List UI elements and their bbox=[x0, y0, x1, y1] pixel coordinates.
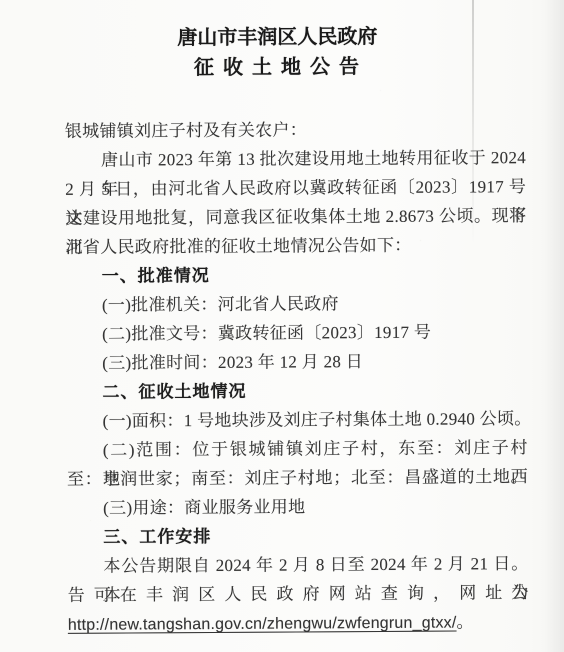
title-subject-line: 征 收 土 地 公 告 bbox=[0, 51, 557, 84]
announcement-url-line: http://new.tangshan.gov.cn/zhengwu/zwfen… bbox=[68, 607, 529, 639]
document-title: 唐山市丰润区人民政府 征 收 土 地 公 告 bbox=[0, 21, 557, 84]
section2-heading: 二、征收土地情况 bbox=[66, 375, 527, 407]
section2-item-use: (三)用途：商业服务业用地 bbox=[67, 491, 528, 523]
intro-line-1: 唐山市 2023 年第 13 批次建设用地土地转用征收于 2024 年 bbox=[65, 143, 526, 175]
section2-item-scope-line-1: (二)范围：位于银城铺镇刘庄子村，东至：刘庄子村地；西 bbox=[67, 433, 528, 465]
announcement-url: http://new.tangshan.gov.cn/zhengwu/zwfen… bbox=[68, 615, 457, 634]
title-issuer-line: 唐山市丰润区人民政府 bbox=[0, 21, 556, 54]
salutation-line: 银城铺镇刘庄子村及有关农户： bbox=[65, 114, 526, 146]
section2-item-scope-line-2: 至：亨润世家；南至：刘庄子村地；北至：昌盛道的土地。 bbox=[67, 462, 528, 494]
section3-line-2: 告 可 在 丰 润 区 人 民 政 府 网 站 查 询 ， 网 址 为 bbox=[68, 578, 529, 610]
section1-item-approval-date: (三)批准时间：2023 年 12 月 28 日 bbox=[66, 346, 527, 378]
section3-heading: 三、工作安排 bbox=[67, 520, 528, 552]
intro-line-3: 达建设用地批复，同意我区征收集体土地 2.8673 公顷。现将河 bbox=[65, 201, 526, 233]
section1-item-approval-number: (二)批准文号：冀政转征函〔2023〕1917 号 bbox=[66, 317, 527, 349]
url-period: 。 bbox=[456, 612, 473, 631]
scanned-announcement-page: 唐山市丰润区人民政府 征 收 土 地 公 告 银城铺镇刘庄子村及有关农户： 唐山… bbox=[0, 0, 564, 652]
intro-line-2: 2 月 5 日，由河北省人民政府以冀政转征函〔2023〕1917 号文下 bbox=[65, 172, 526, 204]
section1-heading: 一、批准情况 bbox=[66, 259, 527, 291]
intro-line-4: 北省人民政府批准的征收土地情况公告如下： bbox=[65, 230, 526, 262]
section2-item-area: (一)面积：1 号地块涉及刘庄子村集体土地 0.2940 公顷。 bbox=[67, 404, 528, 436]
document-content: 唐山市丰润区人民政府 征 收 土 地 公 告 银城铺镇刘庄子村及有关农户： 唐山… bbox=[0, 0, 564, 652]
section3-line-1: 本公告期限自 2024 年 2 月 8 日至 2024 年 2 月 21 日。本… bbox=[67, 549, 528, 581]
section1-item-approval-authority: (一)批准机关：河北省人民政府 bbox=[66, 288, 527, 320]
document-body: 银城铺镇刘庄子村及有关农户： 唐山市 2023 年第 13 批次建设用地土地转用… bbox=[65, 114, 529, 639]
